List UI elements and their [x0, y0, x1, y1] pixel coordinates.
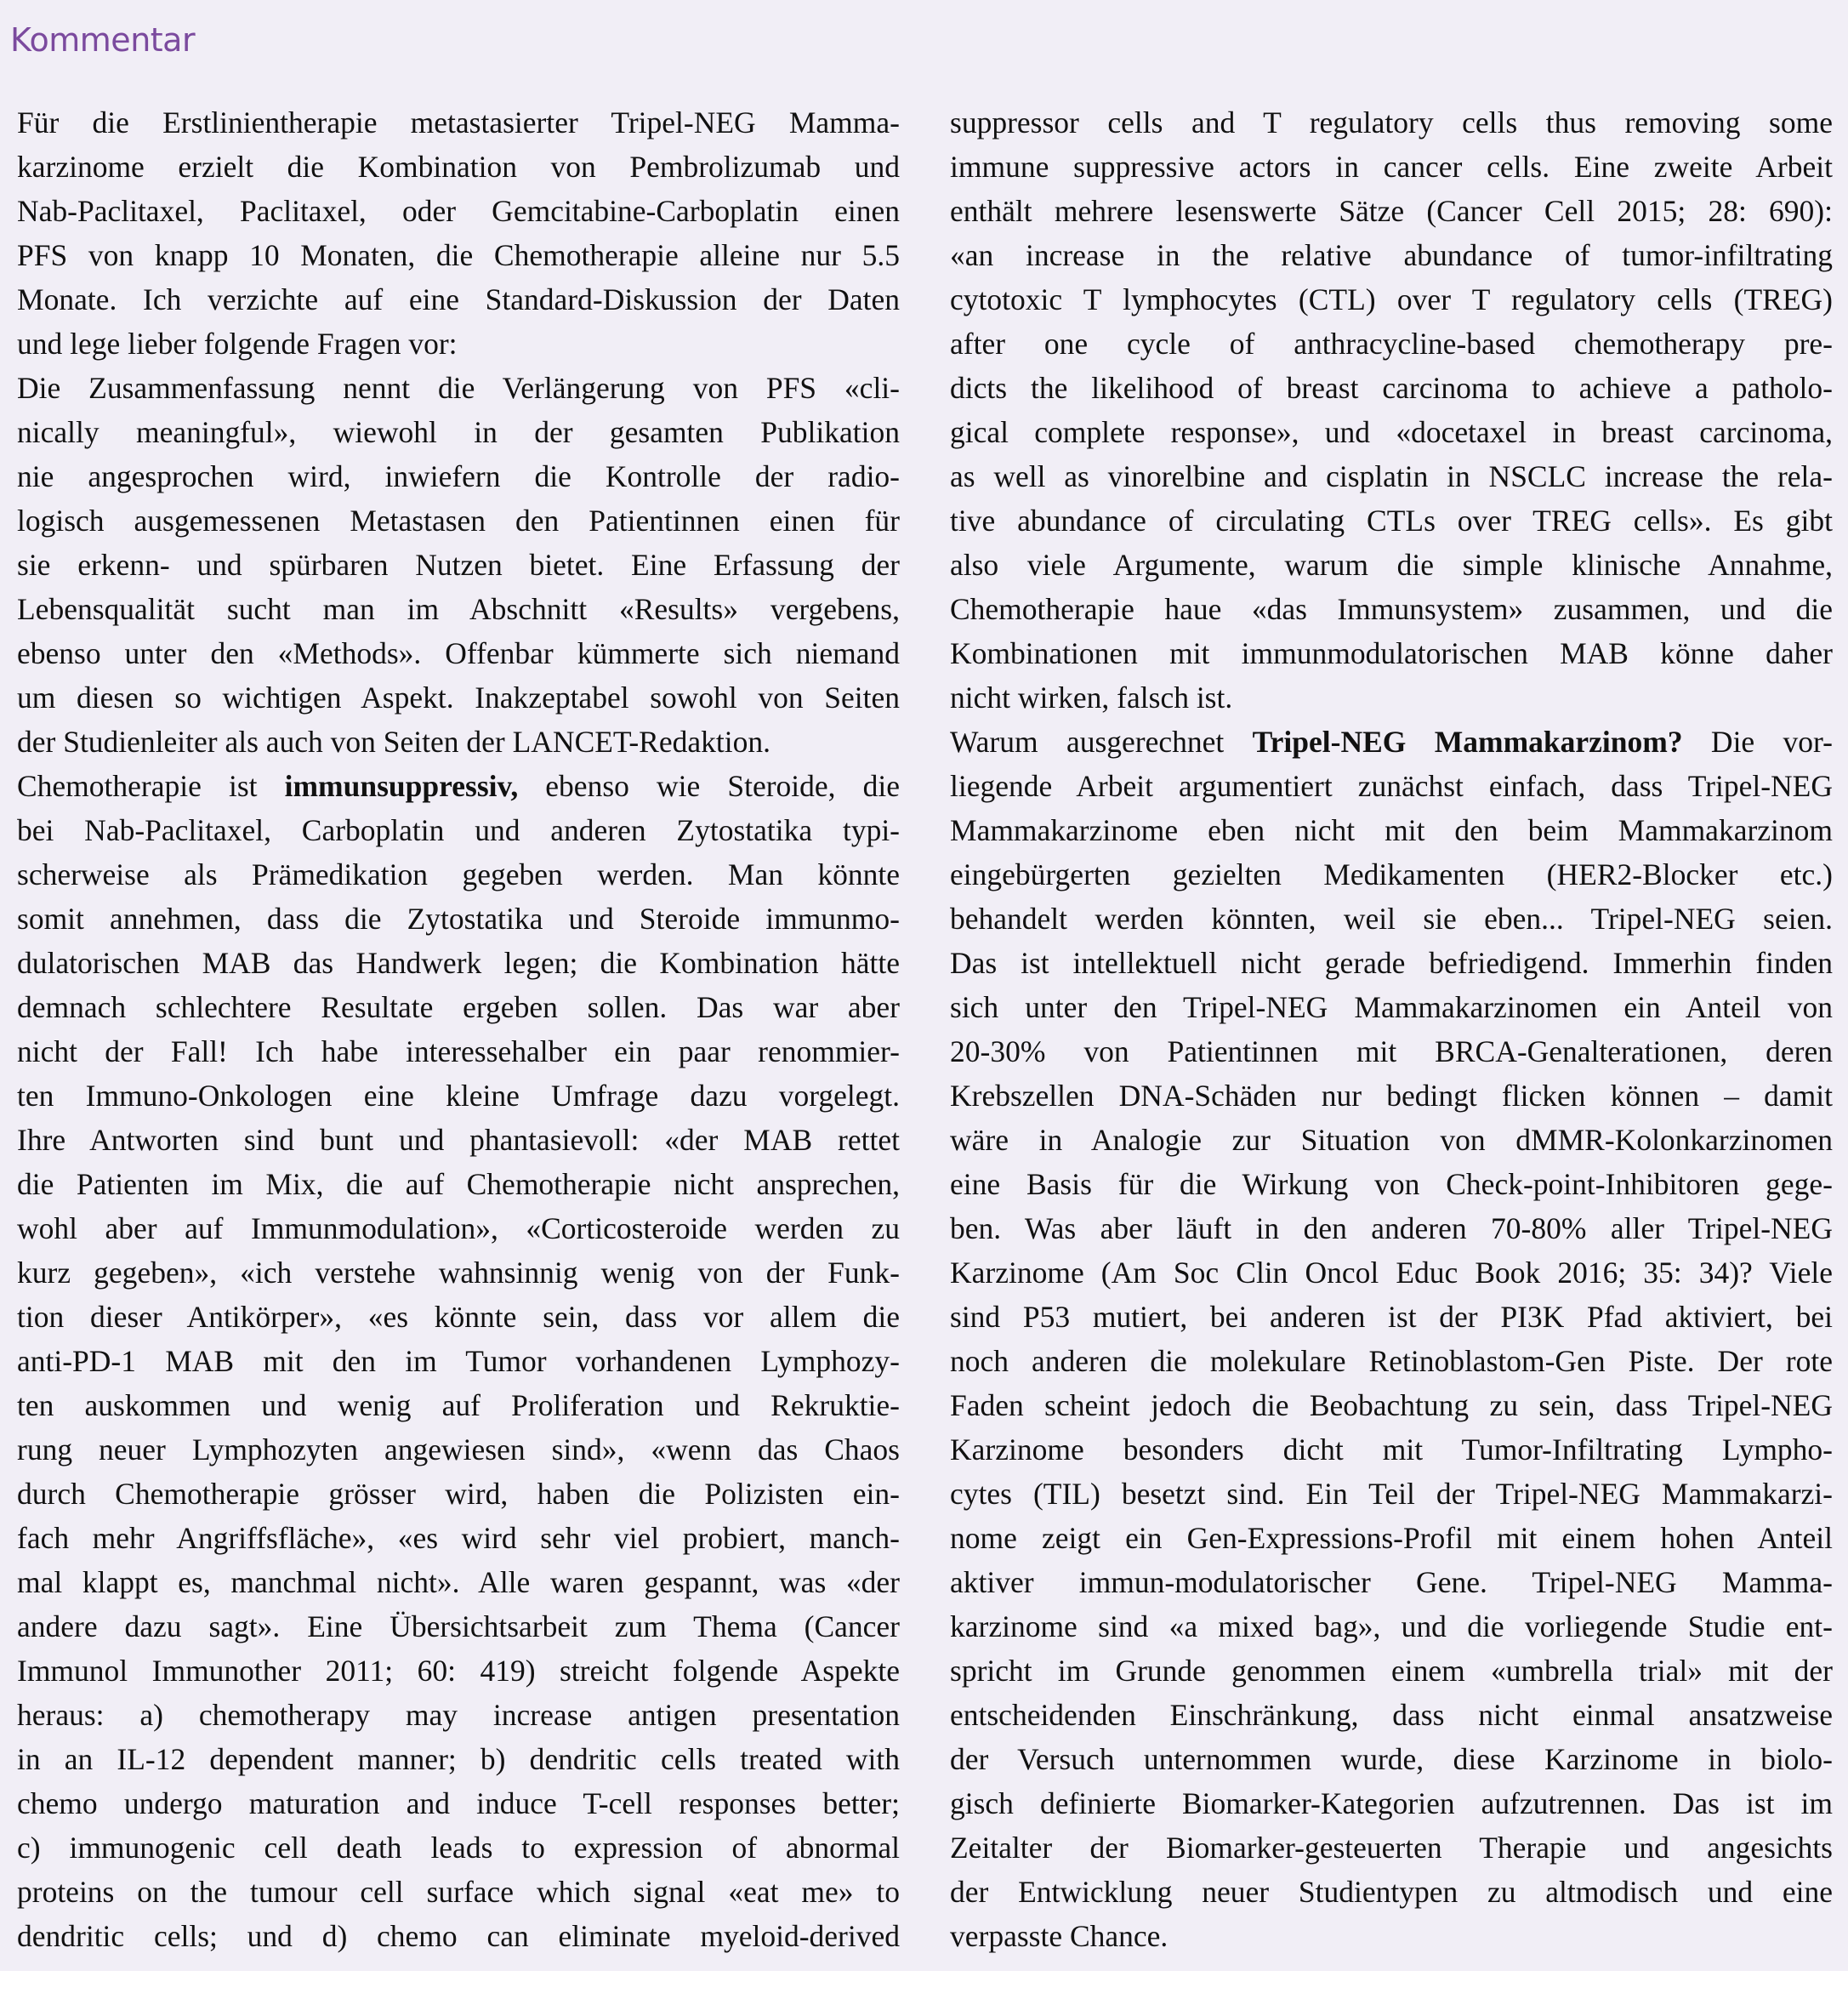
text-line: der Studienleiter als auch von Seiten de…: [17, 720, 900, 764]
text-line: Lebensqualität sucht man im Abschnitt «R…: [17, 587, 900, 631]
text-line: bei Nab-Paclitaxel, Carboplatin und ande…: [17, 808, 900, 852]
text-line: 20-30% von Patientinnen mit BRCA-Genalte…: [950, 1029, 1833, 1074]
text-line: liegende Arbeit argumentiert zunächst ei…: [950, 764, 1833, 808]
text-line: Für die Erstlinientherapie metastasierte…: [17, 100, 900, 145]
text-line: tive abundance of circulating CTLs over …: [950, 498, 1833, 543]
text-line: wohl aber auf Immunmodulation», «Cortico…: [17, 1206, 900, 1250]
text-line: aktiver immun-modulatorischer Gene. Trip…: [950, 1560, 1833, 1604]
text-line: tion dieser Antikörper», «es könnte sein…: [17, 1295, 900, 1339]
text-line: sich unter den Tripel-NEG Mammakarzinome…: [950, 985, 1833, 1029]
text-line: der Versuch unternommen wurde, diese Kar…: [950, 1737, 1833, 1781]
text-line: behandelt werden könnten, weil sie eben.…: [950, 897, 1833, 941]
text-line: gical complete response», und «docetaxel…: [950, 410, 1833, 454]
text-line: sie erkenn- und spürbaren Nutzen bietet.…: [17, 543, 900, 587]
text-line: Monate. Ich verzichte auf eine Standard-…: [17, 277, 900, 322]
text-line: Das ist intellektuell nicht gerade befri…: [950, 941, 1833, 985]
text-line: wäre in Analogie zur Situation von dMMR-…: [950, 1118, 1833, 1162]
text-line: karzinome sind «a mixed bag», und die vo…: [950, 1604, 1833, 1649]
text-line: dulatorischen MAB das Handwerk legen; di…: [17, 941, 900, 985]
bold-emphasis: immunsuppressiv,: [285, 769, 519, 803]
text-line: anti-PD-1 MAB mit den im Tumor vorhanden…: [17, 1339, 900, 1383]
text-run: Die vor-: [1683, 725, 1833, 759]
text-line: Krebszellen DNA-Schäden nur bedingt flic…: [950, 1074, 1833, 1118]
text-line: enthält mehrere lesenswerte Sätze (Cance…: [950, 189, 1833, 233]
text-line: in an IL-12 dependent manner; b) dendrit…: [17, 1737, 900, 1781]
text-line: Karzinome besonders dicht mit Tumor-Infi…: [950, 1427, 1833, 1472]
text-line: Die Zusammenfassung nennt die Verlängeru…: [17, 366, 900, 410]
text-line: as well as vinorelbine and cisplatin in …: [950, 454, 1833, 498]
text-line: ben. Was aber läuft in den anderen 70-80…: [950, 1206, 1833, 1250]
text-line: entscheidenden Einschränkung, dass nicht…: [950, 1693, 1833, 1737]
text-line: spricht im Grunde genommen einem «umbrel…: [950, 1649, 1833, 1693]
bold-emphasis: Tripel-NEG Mammakarzinom?: [1253, 725, 1683, 759]
text-line: cytes (TIL) besetzt sind. Ein Teil der T…: [950, 1472, 1833, 1516]
text-line: Warum ausgerechnet Tripel-NEG Mammakarzi…: [950, 720, 1833, 764]
text-run: Chemotherapie ist: [17, 769, 285, 803]
text-line: Nab-Paclitaxel, Paclitaxel, oder Gemcita…: [17, 189, 900, 233]
text-line: suppressor cells and T regulatory cells …: [950, 100, 1833, 145]
text-line: Chemotherapie haue «das Immunsystem» zus…: [950, 587, 1833, 631]
text-line: gisch definierte Biomarker-Kategorien au…: [950, 1781, 1833, 1825]
text-line: fach mehr Angriffsfläche», «es wird sehr…: [17, 1516, 900, 1560]
text-line: eingebürgerten gezielten Medikamenten (H…: [950, 852, 1833, 897]
text-line: chemo undergo maturation and induce T-ce…: [17, 1781, 900, 1825]
text-line: «an increase in the relative abundance o…: [950, 233, 1833, 277]
text-run: ebenso wie Steroide, die: [518, 769, 900, 803]
text-line: ebenso unter den «Methods». Offenbar küm…: [17, 631, 900, 675]
text-line: also viele Argumente, warum die simple k…: [950, 543, 1833, 587]
text-line: noch anderen die molekulare Retinoblasto…: [950, 1339, 1833, 1383]
text-line: Chemotherapie ist immunsuppressiv, ebens…: [17, 764, 900, 808]
text-line: c) immunogenic cell death leads to expre…: [17, 1825, 900, 1870]
text-line: immune suppressive actors in cancer cell…: [950, 145, 1833, 189]
text-line: ten auskommen und wenig auf Proliferatio…: [17, 1383, 900, 1427]
text-line: logisch ausgemessenen Metastasen den Pat…: [17, 498, 900, 543]
text-line: cytotoxic T lymphocytes (CTL) over T reg…: [950, 277, 1833, 322]
text-line: proteins on the tumour cell surface whic…: [17, 1870, 900, 1914]
text-line: nie angesprochen wird, inwiefern die Kon…: [17, 454, 900, 498]
text-line: der Entwicklung neuer Studientypen zu al…: [950, 1870, 1833, 1914]
text-line: sind P53 mutiert, bei anderen ist der PI…: [950, 1295, 1833, 1339]
text-line: after one cycle of anthracycline-based c…: [950, 322, 1833, 366]
text-line: PFS von knapp 10 Monaten, die Chemothera…: [17, 233, 900, 277]
text-line: durch Chemotherapie grösser wird, haben …: [17, 1472, 900, 1516]
text-line: scherweise als Prämedikation gegeben wer…: [17, 852, 900, 897]
text-line: andere dazu sagt». Eine Übersichtsarbeit…: [17, 1604, 900, 1649]
left-text-column: Für die Erstlinientherapie metastasierte…: [17, 100, 900, 1958]
text-line: die Patienten im Mix, die auf Chemothera…: [17, 1162, 900, 1206]
text-line: verpasste Chance.: [950, 1914, 1833, 1958]
text-line: dendritic cells; und d) chemo can elimin…: [17, 1914, 900, 1958]
text-line: dicts the likelihood of breast carcinoma…: [950, 366, 1833, 410]
text-line: heraus: a) chemotherapy may increase ant…: [17, 1693, 900, 1737]
text-line: nicht wirken, falsch ist.: [950, 675, 1833, 720]
text-line: Faden scheint jedoch die Beobachtung zu …: [950, 1383, 1833, 1427]
text-line: kurz gegeben», «ich verstehe wahnsinnig …: [17, 1250, 900, 1295]
text-line: nome zeigt ein Gen-Expressions-Profil mi…: [950, 1516, 1833, 1560]
text-line: ten Immuno-Onkologen eine kleine Umfrage…: [17, 1074, 900, 1118]
text-line: Mammakarzinome eben nicht mit den beim M…: [950, 808, 1833, 852]
text-line: mal klappt es, manchmal nicht». Alle war…: [17, 1560, 900, 1604]
text-line: Kombinationen mit immunmodulatorischen M…: [950, 631, 1833, 675]
text-line: Ihre Antworten sind bunt und phantasievo…: [17, 1118, 900, 1162]
text-line: um diesen so wichtigen Aspekt. Inakzepta…: [17, 675, 900, 720]
text-line: eine Basis für die Wirkung von Check-poi…: [950, 1162, 1833, 1206]
text-line: somit annehmen, dass die Zytostatika und…: [17, 897, 900, 941]
text-line: Immunol Immunother 2011; 60: 419) streic…: [17, 1649, 900, 1693]
text-line: und lege lieber folgende Fragen vor:: [17, 322, 900, 366]
section-title: Kommentar: [10, 24, 195, 56]
document-page: Kommentar Für die Erstlinientherapie met…: [0, 0, 1848, 1971]
text-line: karzinome erzielt die Kombination von Pe…: [17, 145, 900, 189]
text-line: demnach schlechtere Resultate ergeben so…: [17, 985, 900, 1029]
text-line: Zeitalter der Biomarker-gesteuerten Ther…: [950, 1825, 1833, 1870]
text-line: Karzinome (Am Soc Clin Oncol Educ Book 2…: [950, 1250, 1833, 1295]
text-line: nically meaningful», wiewohl in der gesa…: [17, 410, 900, 454]
text-run: Warum ausgerechnet: [950, 725, 1253, 759]
text-line: rung neuer Lymphozyten angewiesen sind»,…: [17, 1427, 900, 1472]
right-text-column: suppressor cells and T regulatory cells …: [950, 100, 1833, 1958]
text-line: nicht der Fall! Ich habe interessehalber…: [17, 1029, 900, 1074]
